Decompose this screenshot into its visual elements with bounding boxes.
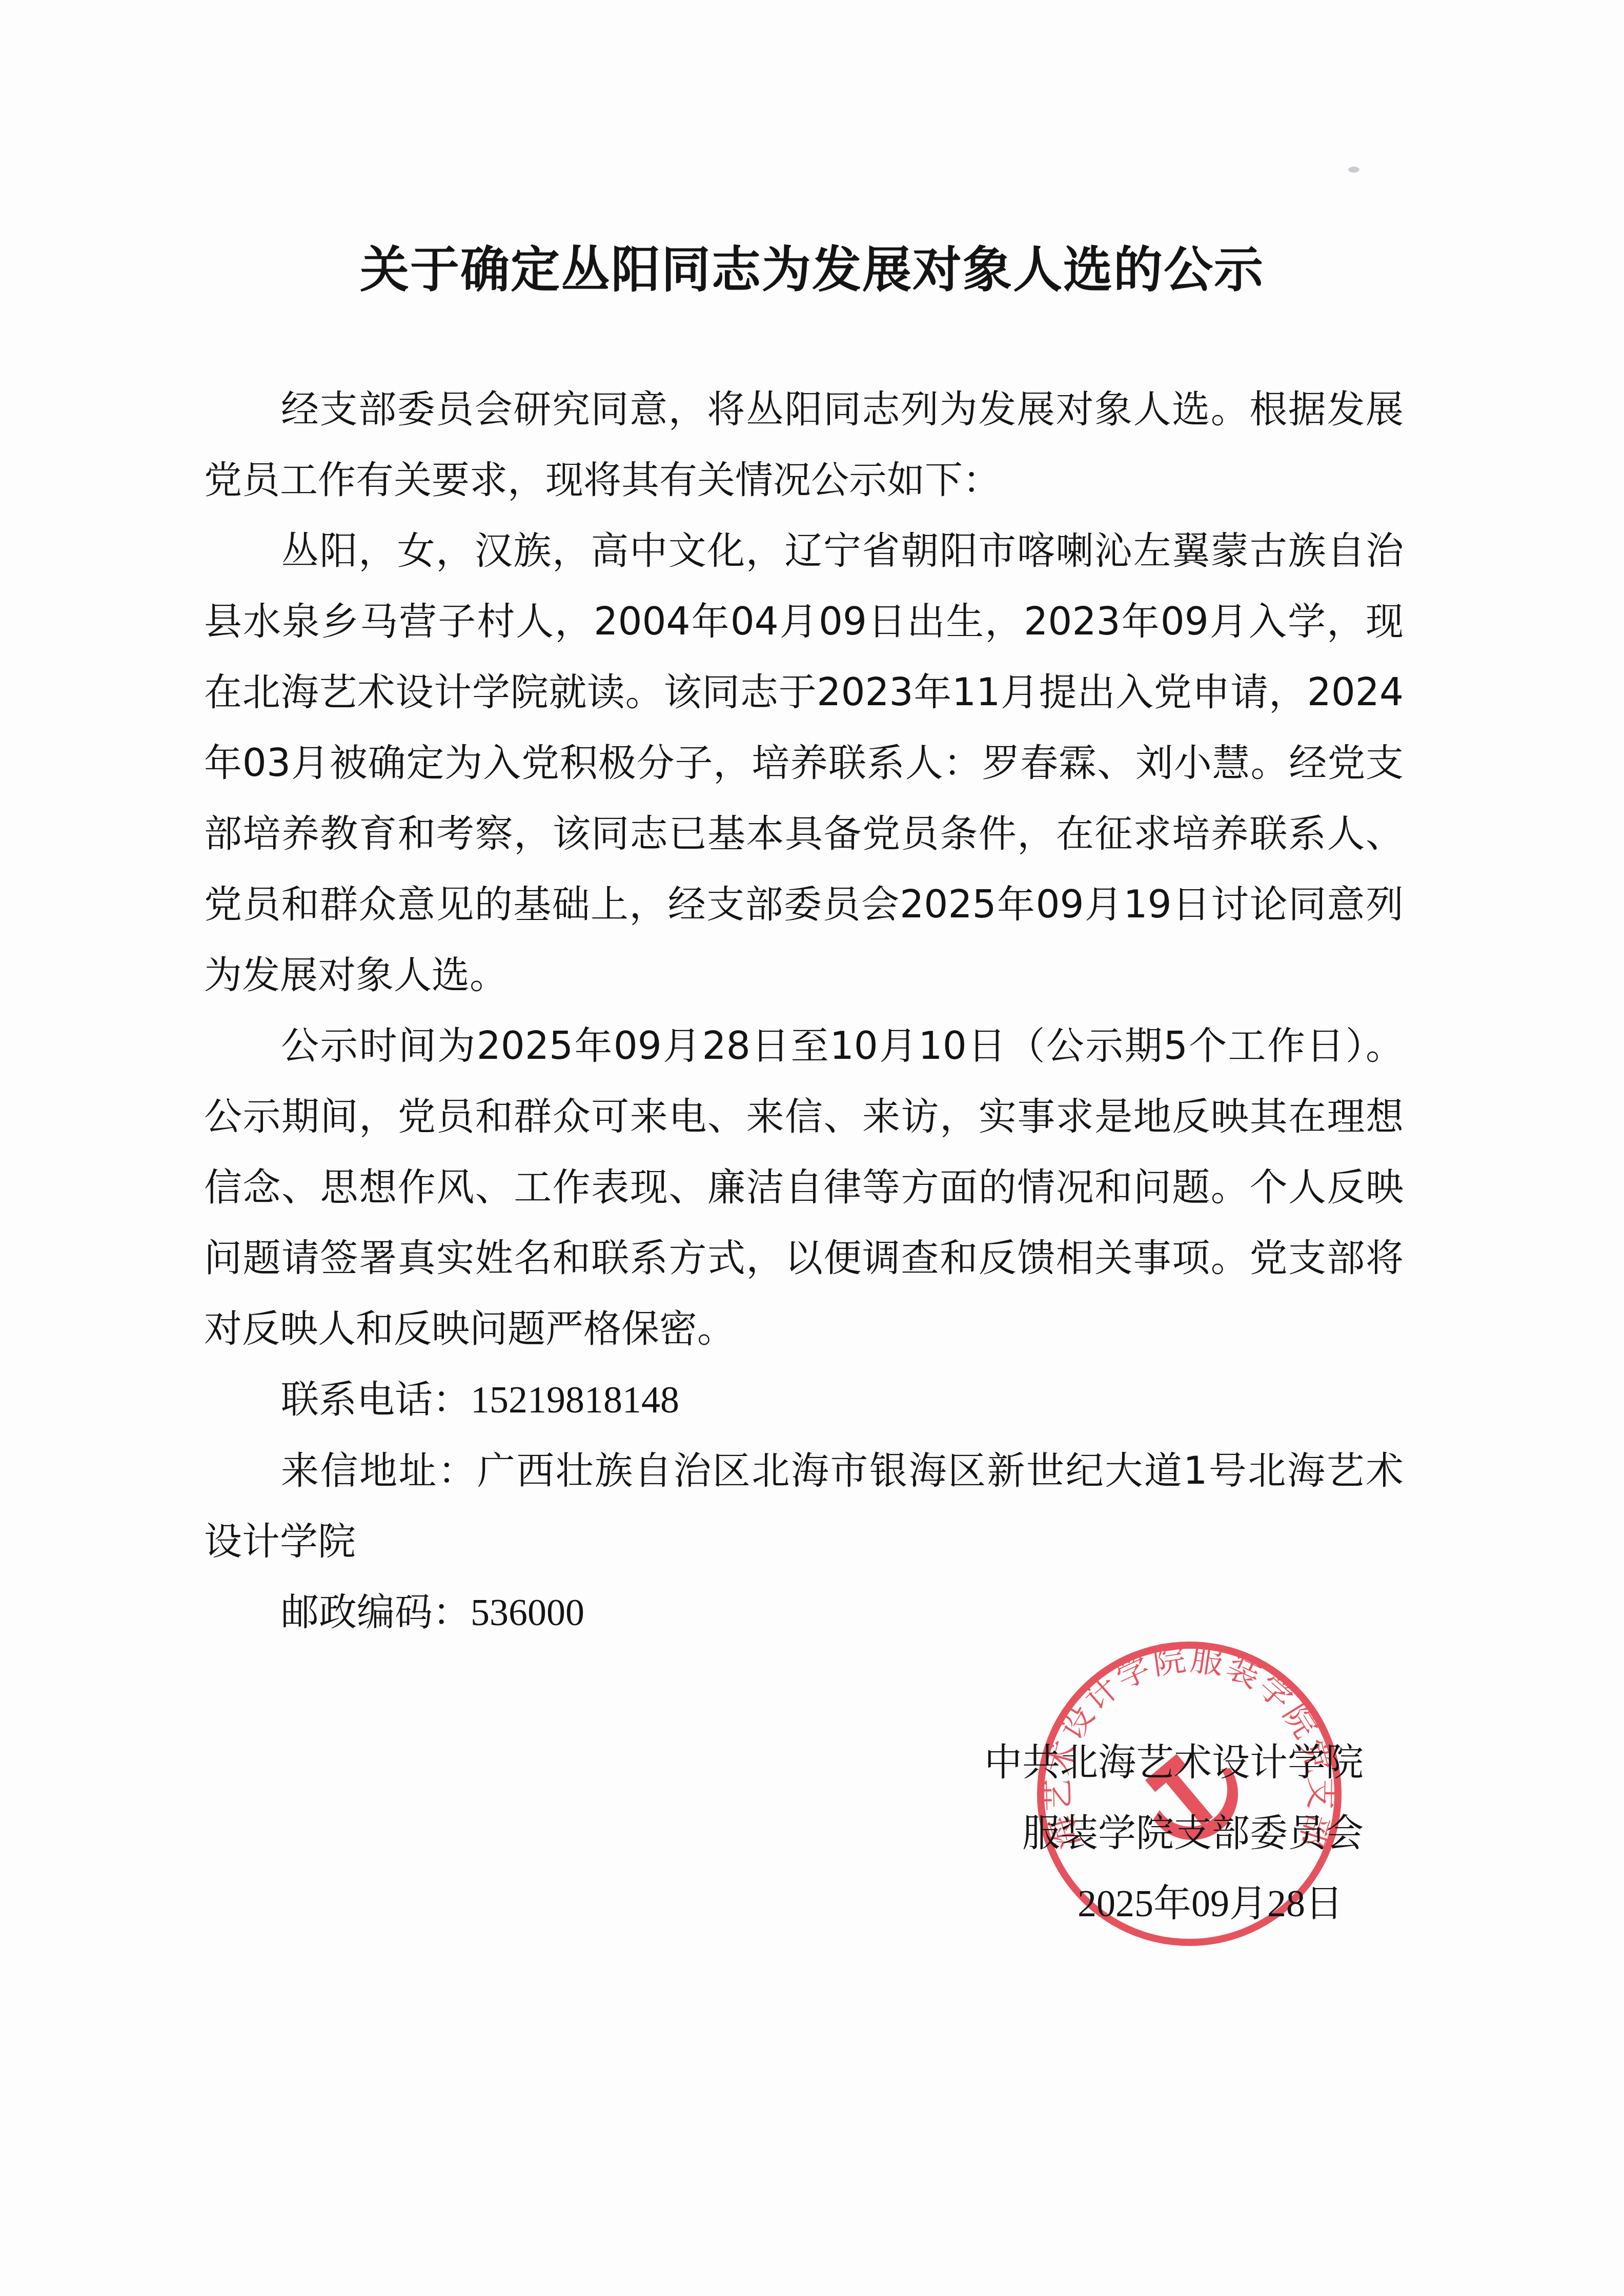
paragraph-notice-period: 公示时间为2025年09月28日至10月10日（公示期5个工作日）。公示期间，党…: [204, 1011, 1404, 1364]
document-body: 经支部委员会研究同意，将丛阳同志列为发展对象人选。根据发展党员工作有关要求，现将…: [204, 374, 1404, 1648]
notice-page: 关于确定丛阳同志为发展对象人选的公示 经支部委员会研究同意，将丛阳同志列为发展对…: [0, 0, 1624, 2296]
paragraph-candidate-info: 丛阳，女，汉族，高中文化，辽宁省朝阳市喀喇沁左翼蒙古族自治县水泉乡马营子村人，2…: [204, 516, 1404, 1011]
signing-date: 2025年09月28日: [964, 1869, 1364, 1939]
postcode-value: 536000: [471, 1592, 584, 1634]
scan-speck: [1348, 167, 1359, 173]
signature-block: 中共北海艺术设计学院 服装学院支部委员会 2025年09月28日: [964, 1727, 1364, 1939]
postcode-label: 邮政编码：: [281, 1590, 471, 1634]
document-title: 关于确定丛阳同志为发展对象人选的公示: [0, 231, 1624, 301]
paragraph-intro: 经支部委员会研究同意，将丛阳同志列为发展对象人选。根据发展党员工作有关要求，现将…: [204, 374, 1404, 516]
signing-organization-line1: 中共北海艺术设计学院: [964, 1727, 1364, 1798]
phone-label: 联系电话：: [281, 1378, 471, 1422]
address-label: 来信地址：: [281, 1449, 477, 1493]
signing-organization-line2: 服装学院支部委员会: [964, 1798, 1364, 1869]
contact-address: 来信地址：广西壮族自治区北海市银海区新世纪大道1号北海艺术设计学院: [204, 1436, 1404, 1577]
contact-phone: 联系电话：15219818148: [204, 1364, 1404, 1436]
phone-number: 15219818148: [471, 1379, 679, 1421]
